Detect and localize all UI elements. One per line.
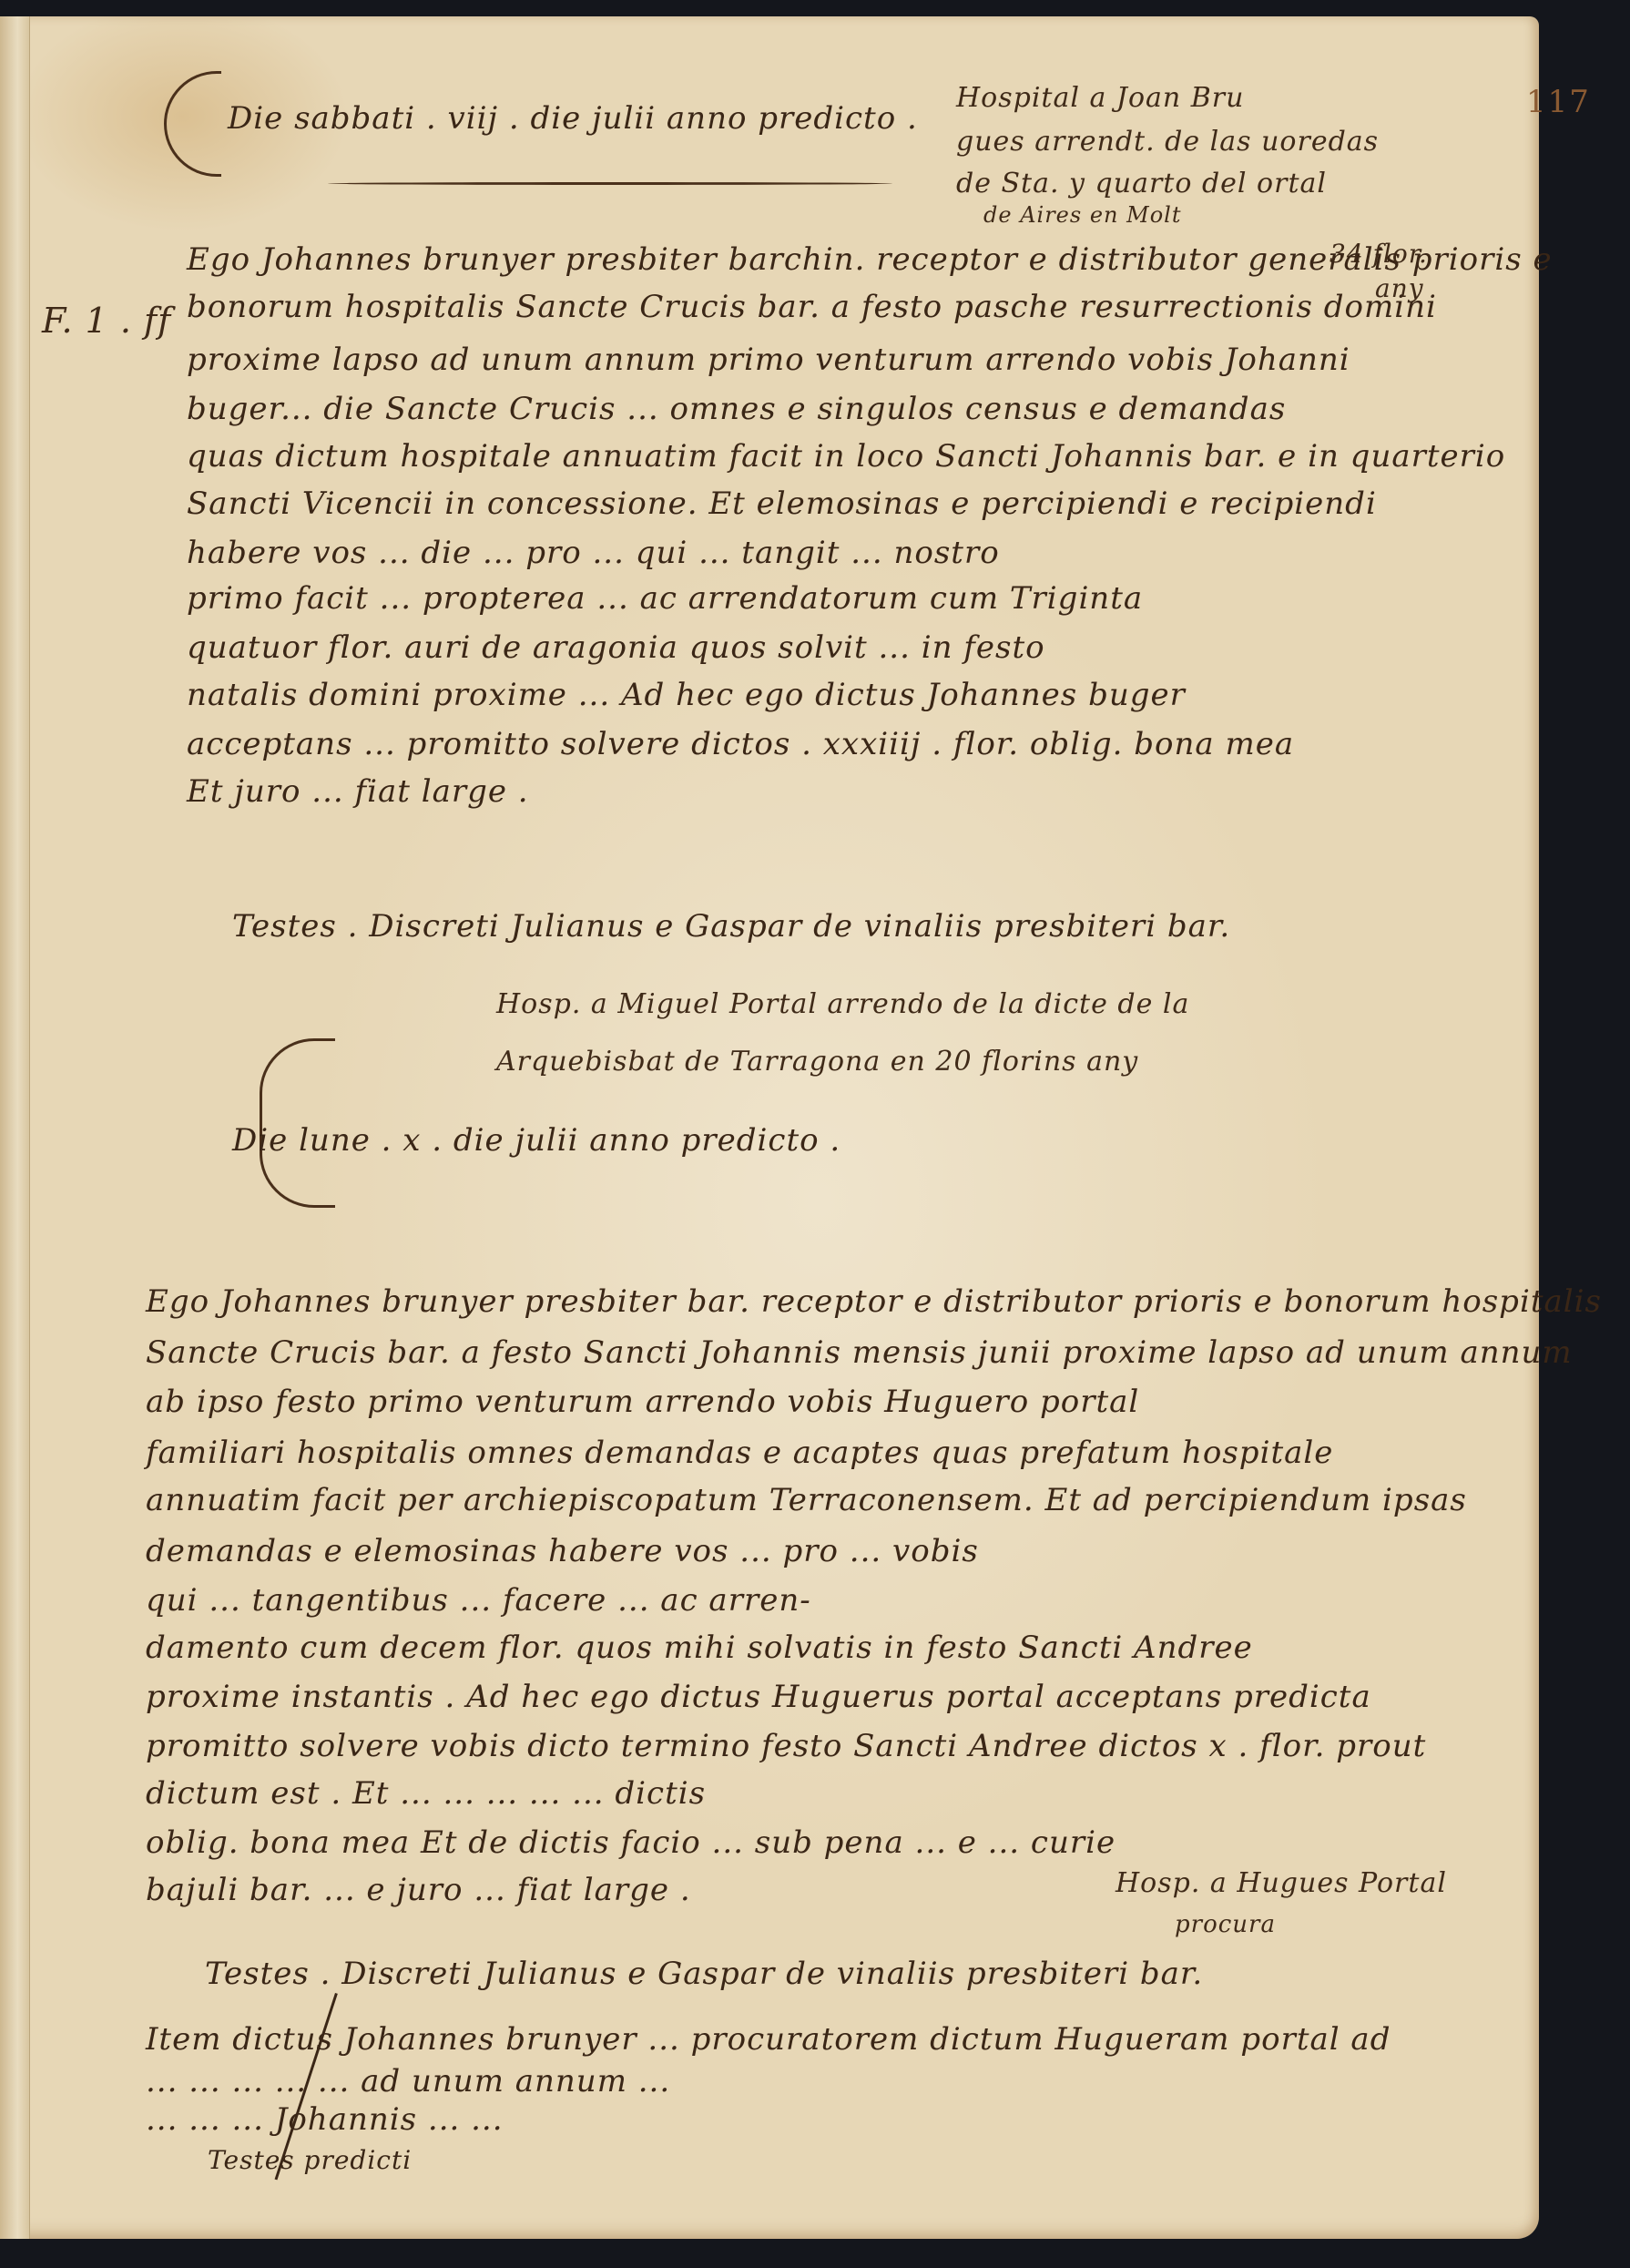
left-margin-note: F. 1 . ff [42, 301, 171, 341]
header-flourish [328, 182, 892, 185]
entry-2-header: Die lune . x . die julii anno predicto . [232, 1122, 840, 1159]
binding-gutter [0, 16, 30, 2239]
folio-number: 117 [1526, 84, 1591, 120]
entry-1-witnesses: Testes . Discreti Julianus e Gaspar de v… [232, 911, 1230, 942]
entry-4-witnesses: Testes predicti [208, 2148, 412, 2173]
entry-3-witnesses: Testes . Discreti Julianus e Gaspar de v… [205, 1958, 1203, 1989]
entry-1-header: Die sabbati . viij . die julii anno pred… [228, 100, 918, 137]
